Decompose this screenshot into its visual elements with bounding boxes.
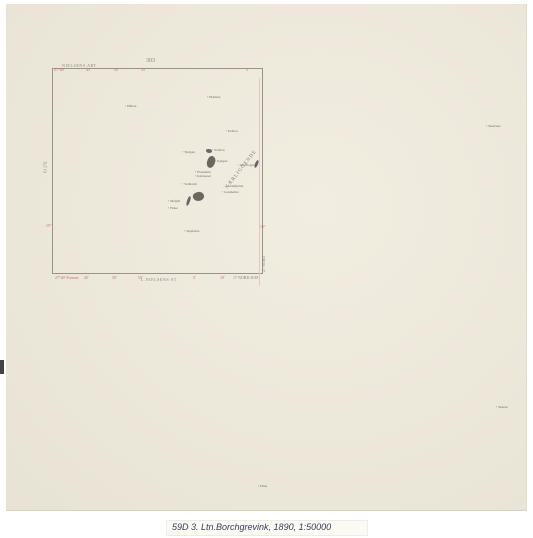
place-label: Grønfjellet	[226, 184, 243, 188]
place-label: Holmen	[207, 95, 220, 99]
side-tick-left: 15°	[46, 224, 52, 228]
sheet-number: 303	[146, 58, 155, 64]
place-label: Grashøller	[222, 190, 239, 194]
right-label: 27 NORD	[262, 256, 266, 272]
place-label: Mafjell	[168, 199, 180, 203]
bottom-tick-2: 45'	[84, 276, 89, 280]
bottom-tick-1: 27°40' Fotnote	[55, 276, 79, 280]
place-label: Skarøe	[496, 405, 508, 409]
bottom-tick-5: 5'	[193, 276, 196, 280]
place-label: Fiske	[168, 206, 178, 210]
map-frame	[52, 68, 263, 274]
place-label: Tjørgen	[182, 150, 195, 154]
place-label: Vedholm	[182, 182, 197, 186]
meridian-line	[259, 78, 260, 286]
place-label: Mårflogen	[238, 163, 255, 167]
place-label: Kjøgen	[215, 159, 227, 163]
scanner-edge-mark	[0, 360, 4, 374]
top-tick-2: 45'	[86, 68, 91, 72]
place-label: Skarrbøe	[486, 124, 501, 128]
place-label: Pilen	[258, 484, 267, 488]
map-caption: 59D 3. Ltn.Borchgrevink, 1890, 1:50000	[172, 522, 331, 532]
side-tick-right: 15°	[260, 225, 266, 229]
top-tick-3: 50'	[114, 68, 119, 72]
place-label: Skjeldøra	[184, 229, 199, 233]
left-label: 61 27E	[44, 161, 48, 172]
bottom-right-label: 17 NORD 2018	[233, 276, 258, 280]
bottom-label: L.NIELSENS ST	[141, 278, 177, 282]
place-label: Kollen	[226, 129, 238, 133]
south-mark: ·	[198, 287, 199, 291]
top-tick-1: 27°40'	[54, 68, 64, 72]
place-label: Svellen	[212, 148, 225, 152]
place-label: Kalaneset	[195, 174, 211, 178]
top-tick-5: 5'	[246, 68, 249, 72]
top-tick-4: 55'	[141, 68, 146, 72]
place-label: Håkon	[125, 104, 136, 108]
bottom-tick-6: 10'	[220, 276, 225, 280]
bottom-tick-3: 50'	[112, 276, 117, 280]
